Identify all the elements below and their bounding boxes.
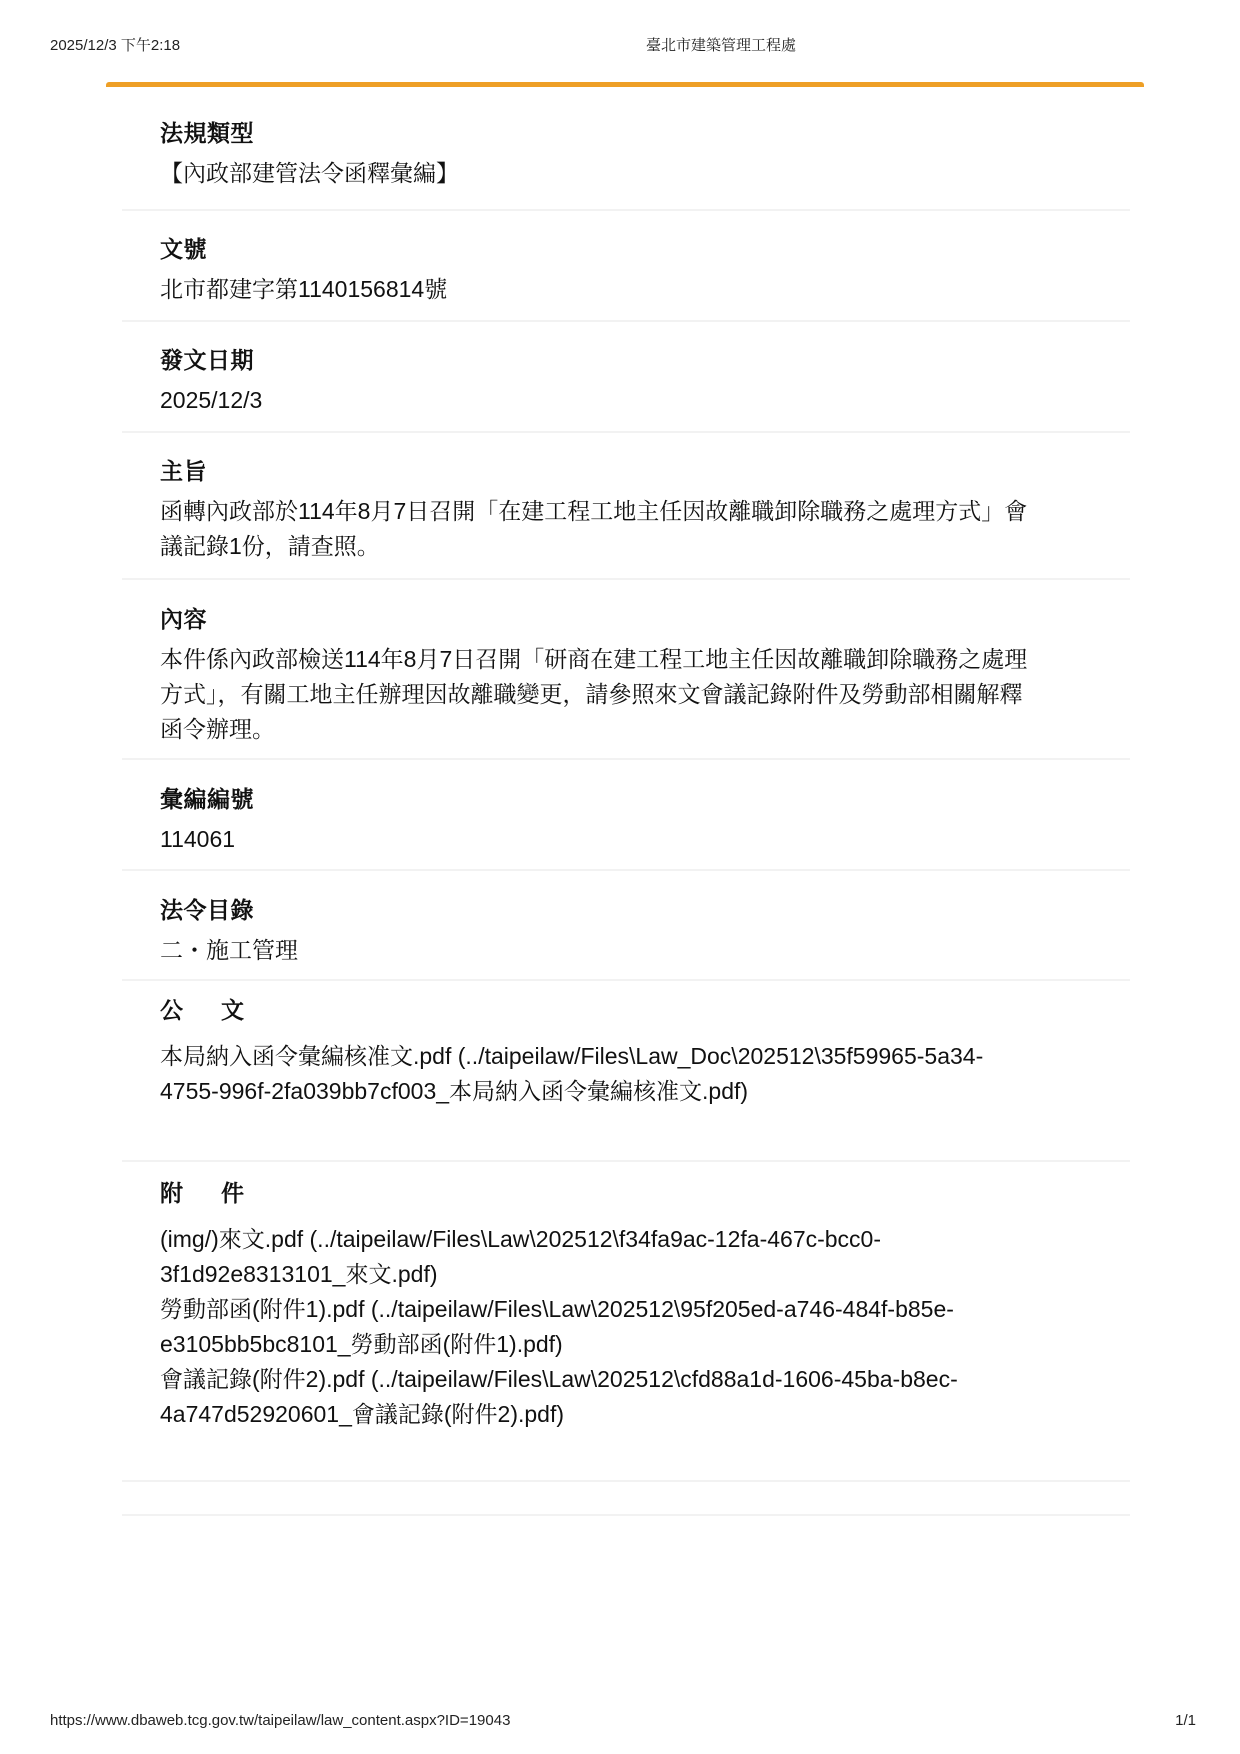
field-label: 法令目錄 — [160, 895, 1130, 925]
field-value: 本局納入函令彙編核准文.pdf (../taipeilaw/Files\Law_… — [160, 1039, 1130, 1109]
field-value: 【內政部建管法令函釋彙編】 — [160, 156, 1130, 191]
field-official-document: 公文 本局納入函令彙編核准文.pdf (../taipeilaw/Files\L… — [122, 981, 1130, 1162]
print-footer: https://www.dbaweb.tcg.gov.tw/taipeilaw/… — [0, 1712, 1240, 1736]
field-doc-number: 文號 北市都建字第1140156814號 — [122, 211, 1130, 322]
text-line: e3105bb5bc8101_勞動部函(附件1).pdf) — [160, 1327, 1100, 1362]
text-line: 3f1d92e8313101_來文.pdf) — [160, 1257, 1100, 1292]
text-line: 議記錄1份，請查照。 — [160, 529, 1100, 564]
text-line: 勞動部函(附件1).pdf (../taipeilaw/Files\Law\20… — [160, 1292, 1100, 1327]
text-line: 方式」，有關工地主任辦理因故離職變更，請參照來文會議記錄附件及勞動部相關解釋 — [160, 677, 1100, 712]
field-compilation-number: 彙編編號 114061 — [122, 760, 1130, 871]
text-line: 函轉內政部於114年8月7日召開「在建工程工地主任因故離職卸除職務之處理方式」會 — [160, 494, 1100, 529]
law-content: 法規類型 【內政部建管法令函釋彙編】 文號 北市都建字第1140156814號 … — [122, 87, 1130, 1516]
field-value: 114061 — [160, 822, 1130, 857]
field-label: 內容 — [160, 604, 1130, 634]
print-header: 2025/12/3 下午2:18 臺北市建築管理工程處 — [0, 34, 1240, 58]
field-label: 公文 — [160, 995, 1130, 1025]
official-doc-file-link[interactable]: 本局納入函令彙編核准文.pdf (../taipeilaw/Files\Law_… — [160, 1039, 1100, 1109]
field-label: 附件 — [160, 1178, 1130, 1208]
field-label: 發文日期 — [160, 345, 1130, 375]
text-line: 4755-996f-2fa039bb7cf003_本局納入函令彙編核准文.pdf… — [160, 1074, 1100, 1109]
field-value: 函轉內政部於114年8月7日召開「在建工程工地主任因故離職卸除職務之處理方式」會… — [160, 494, 1130, 564]
text-line: 函令辦理。 — [160, 712, 1100, 747]
text-line: (img/)來文.pdf (../taipeilaw/Files\Law\202… — [160, 1222, 1100, 1257]
text-line: 本件係內政部檢送114年8月7日召開「研商在建工程工地主任因故離職卸除職務之處理 — [160, 642, 1100, 677]
print-url: https://www.dbaweb.tcg.gov.tw/taipeilaw/… — [50, 1712, 510, 1729]
field-law-type: 法規類型 【內政部建管法令函釋彙編】 — [122, 87, 1130, 211]
field-law-catalog: 法令目錄 二・施工管理 — [122, 871, 1130, 981]
field-content: 內容 本件係內政部檢送114年8月7日召開「研商在建工程工地主任因故離職卸除職務… — [122, 580, 1130, 760]
field-label: 彙編編號 — [160, 784, 1130, 814]
print-datetime: 2025/12/3 下午2:18 — [50, 34, 180, 55]
text-line: 會議記錄(附件2).pdf (../taipeilaw/Files\Law\20… — [160, 1362, 1100, 1397]
field-empty-row — [122, 1482, 1130, 1516]
page-number: 1/1 — [1175, 1712, 1196, 1729]
field-value: 北市都建字第1140156814號 — [160, 272, 1130, 307]
text-line: 本局納入函令彙編核准文.pdf (../taipeilaw/Files\Law_… — [160, 1039, 1100, 1074]
field-value: 2025/12/3 — [160, 383, 1130, 418]
field-value: 本件係內政部檢送114年8月7日召開「研商在建工程工地主任因故離職卸除職務之處理… — [160, 642, 1130, 747]
attachment-file-link[interactable]: 勞動部函(附件1).pdf (../taipeilaw/Files\Law\20… — [160, 1292, 1100, 1362]
field-label: 文號 — [160, 234, 1130, 264]
field-issue-date: 發文日期 2025/12/3 — [122, 322, 1130, 433]
attachment-file-link[interactable]: 會議記錄(附件2).pdf (../taipeilaw/Files\Law\20… — [160, 1362, 1100, 1432]
field-value: 二・施工管理 — [160, 933, 1130, 968]
field-value: (img/)來文.pdf (../taipeilaw/Files\Law\202… — [160, 1222, 1130, 1432]
field-label: 主旨 — [160, 456, 1130, 486]
field-label: 法規類型 — [160, 118, 1130, 148]
print-title: 臺北市建築管理工程處 — [646, 34, 796, 55]
attachment-file-link[interactable]: (img/)來文.pdf (../taipeilaw/Files\Law\202… — [160, 1222, 1100, 1292]
text-line: 4a747d52920601_會議記錄(附件2).pdf) — [160, 1397, 1100, 1432]
field-attachments: 附件 (img/)來文.pdf (../taipeilaw/Files\Law\… — [122, 1162, 1130, 1482]
field-gist: 主旨 函轉內政部於114年8月7日召開「在建工程工地主任因故離職卸除職務之處理方… — [122, 433, 1130, 580]
